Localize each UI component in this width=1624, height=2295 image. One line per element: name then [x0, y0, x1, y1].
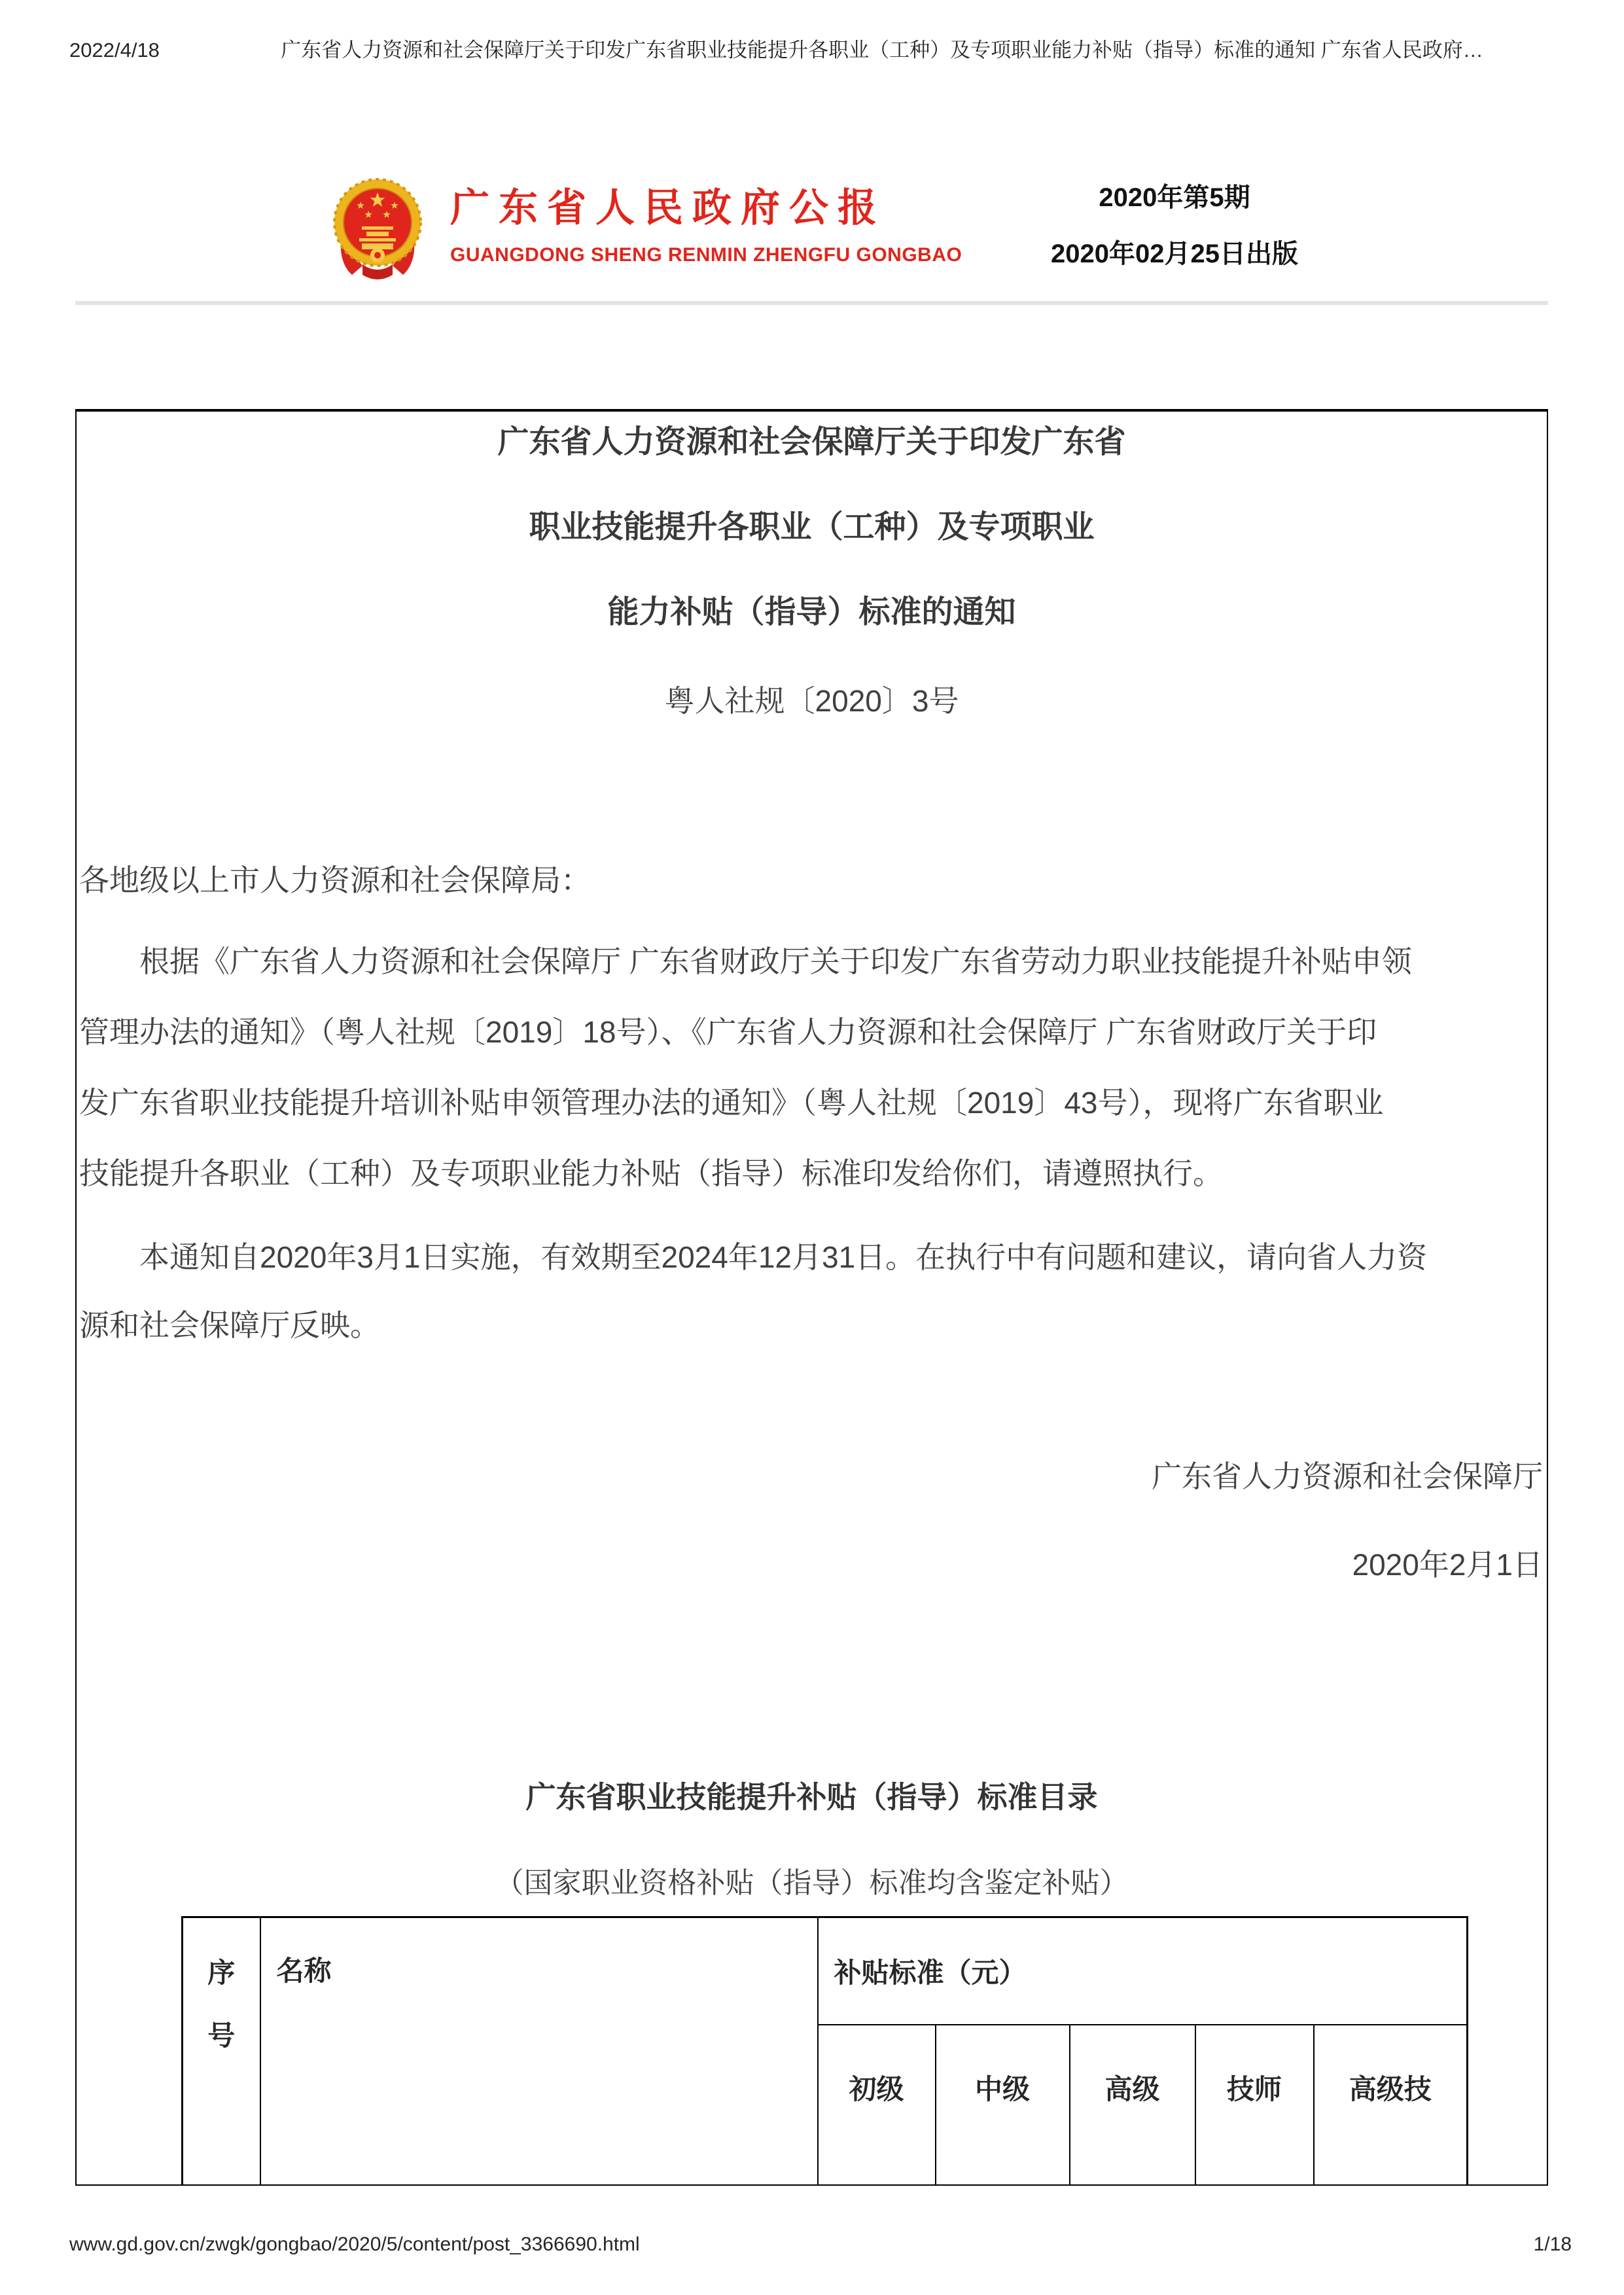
catalog-note: （国家职业资格补贴（指导）标准均含鉴定补贴）	[79, 1864, 1544, 1902]
column-header-seq: 序号	[183, 1917, 260, 2186]
doc-title-line-2: 职业技能提升各职业（工种）及专项职业	[79, 508, 1544, 546]
signature-date: 2020年2月1日	[79, 1546, 1544, 1584]
print-footer: www.gd.gov.cn/zwgk/gongbao/2020/5/conten…	[0, 2230, 1624, 2259]
subheader-intermediate: 中级	[936, 2025, 1070, 2186]
catalog-title: 广东省职业技能提升补贴（指导）标准目录	[79, 1778, 1544, 1816]
publish-date: 2020年02月25日出版	[1021, 238, 1328, 270]
page-indicator: 1/18	[1534, 2230, 1572, 2259]
paragraph-line: 管理办法的通知》（粤人社规〔2019〕18号）、《广东省人力资源和社会保障厅 广…	[79, 1013, 1544, 1051]
doc-title-line-1: 广东省人力资源和社会保障厅关于印发广东省	[79, 423, 1544, 461]
column-header-standard: 补贴标准（元）	[818, 1917, 1468, 2025]
paragraph-line: 发广东省职业技能提升培训补贴申领管理办法的通知》（粤人社规〔2019〕43号），…	[79, 1084, 1544, 1122]
article-box: 广东省人力资源和社会保障厅关于印发广东省 职业技能提升各职业（工种）及专项职业 …	[75, 409, 1548, 2186]
print-header: 2022/4/18 广东省人力资源和社会保障厅关于印发广东省职业技能提升各职业（…	[0, 37, 1624, 64]
gazette-subtitle: GUANGDONG SHENG RENMIN ZHENGFU GONGBAO	[450, 245, 962, 266]
paragraph-line: 根据《广东省人力资源和社会保障厅 广东省财政厅关于印发广东省劳动力职业技能提升补…	[79, 942, 1544, 980]
subheader-advanced: 高级	[1070, 2025, 1195, 2186]
subheader-beginner: 初级	[818, 2025, 936, 2186]
signature-org: 广东省人力资源和社会保障厅	[79, 1457, 1544, 1495]
table-header-row: 序号 名称 补贴标准（元）	[183, 1917, 1468, 2025]
print-page-title: 广东省人力资源和社会保障厅关于印发广东省职业技能提升各职业（工种）及专项职业能力…	[192, 37, 1572, 64]
salutation: 各地级以上市人力资源和社会保障局：	[79, 861, 1544, 899]
print-date: 2022/4/18	[69, 37, 160, 64]
subsidy-standard-table: 序号 名称 补贴标准（元） 初级 中级 高级 技师 高级技	[181, 1916, 1466, 2186]
national-emblem-icon	[328, 169, 427, 284]
paragraph-line: 本通知自2020年3月1日实施，有效期至2024年12月31日。在执行中有问题和…	[79, 1238, 1544, 1276]
gazette-title: 广东省人民政府公报	[450, 188, 962, 228]
column-header-name: 名称	[260, 1917, 818, 2186]
issue-info: 2020年第5期 2020年02月25日出版	[1021, 182, 1328, 270]
issue-number: 2020年第5期	[1021, 182, 1328, 213]
masthead-divider	[75, 301, 1548, 305]
gazette-print-page: 2022/4/18 广东省人力资源和社会保障厅关于印发广东省职业技能提升各职业（…	[0, 0, 1624, 2295]
paragraph-line: 技能提升各职业（工种）及专项职业能力补贴（指导）标准印发给你们，请遵照执行。	[79, 1154, 1544, 1192]
doc-number: 粤人社规〔2020〕3号	[79, 682, 1544, 720]
subheader-technician: 技师	[1195, 2025, 1314, 2186]
gazette-masthead: 广东省人民政府公报 GUANGDONG SHENG RENMIN ZHENGFU…	[450, 188, 962, 266]
subheader-senior-technician: 高级技	[1314, 2025, 1468, 2186]
paragraph-line: 源和社会保障厅反映。	[79, 1306, 1544, 1344]
doc-title-line-3: 能力补贴（指导）标准的通知	[79, 594, 1544, 632]
source-url: www.gd.gov.cn/zwgk/gongbao/2020/5/conten…	[69, 2230, 640, 2259]
